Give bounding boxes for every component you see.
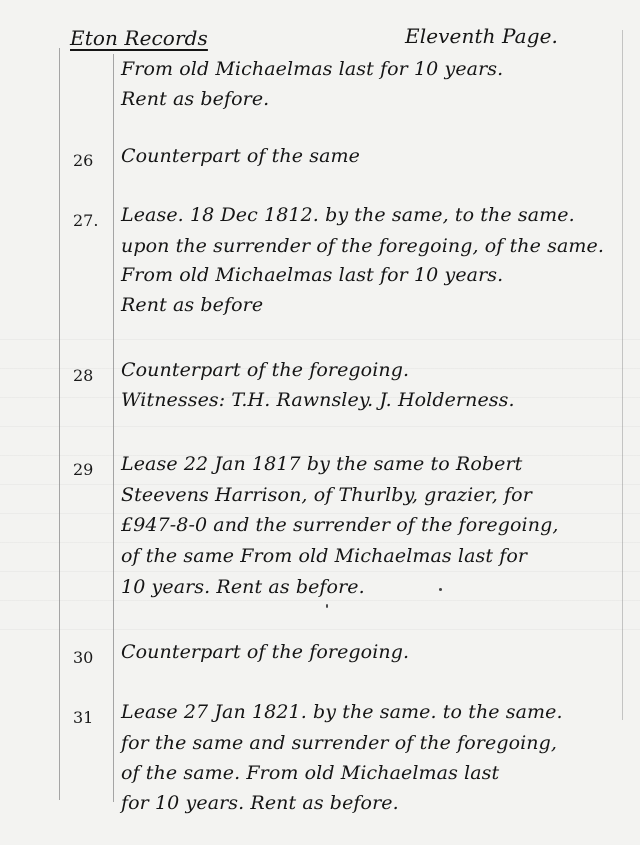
entry-line: of the same From old Michaelmas last for — [121, 545, 527, 567]
entry-line: Witnesses: T.H. Rawnsley. J. Holderness. — [121, 389, 515, 411]
entry-number: 30 — [73, 648, 93, 667]
entry-line: for the same and surrender of the forego… — [121, 732, 557, 754]
entry-line: Lease 27 Jan 1821. by the same. to the s… — [121, 701, 563, 723]
document-title: Eton Records — [70, 26, 208, 50]
entry-number: 26 — [73, 151, 93, 170]
entry-line: Counterpart of the foregoing. — [121, 359, 409, 381]
ink-speck — [439, 588, 442, 591]
entry-line: £947-8-0 and the surrender of the forego… — [121, 514, 558, 536]
entry-line: Rent as before — [121, 294, 263, 316]
entry-line: Lease. 18 Dec 1812. by the same, to the … — [121, 204, 575, 226]
entry-line: Lease 22 Jan 1817 by the same to Robert — [121, 453, 522, 475]
entry-line: Counterpart of the same — [121, 145, 360, 167]
continuation-line: From old Michaelmas last for 10 years. — [121, 58, 503, 80]
right-margin-rule — [622, 30, 623, 720]
entry-line: 10 years. Rent as before. — [121, 576, 365, 598]
entry-line: for 10 years. Rent as before. — [121, 792, 399, 814]
entry-line: Counterpart of the foregoing. — [121, 641, 409, 663]
entry-line: Steevens Harrison, of Thurlby, grazier, … — [121, 484, 532, 506]
entry-number: 27. — [73, 211, 98, 230]
left-margin-rule — [59, 48, 60, 800]
page-label: Eleventh Page. — [405, 24, 558, 48]
entry-line: upon the surrender of the foregoing, of … — [121, 235, 604, 257]
ink-speck — [326, 604, 328, 608]
number-column-rule — [113, 54, 114, 802]
entry-line: of the same. From old Michaelmas last — [121, 762, 499, 784]
entry-number: 31 — [73, 708, 93, 727]
entry-number: 29 — [73, 460, 93, 479]
entry-line: From old Michaelmas last for 10 years. — [121, 264, 503, 286]
entry-number: 28 — [73, 366, 93, 385]
handwritten-document-page: Eton Records Eleventh Page. From old Mic… — [0, 0, 640, 845]
continuation-line: Rent as before. — [121, 88, 269, 110]
